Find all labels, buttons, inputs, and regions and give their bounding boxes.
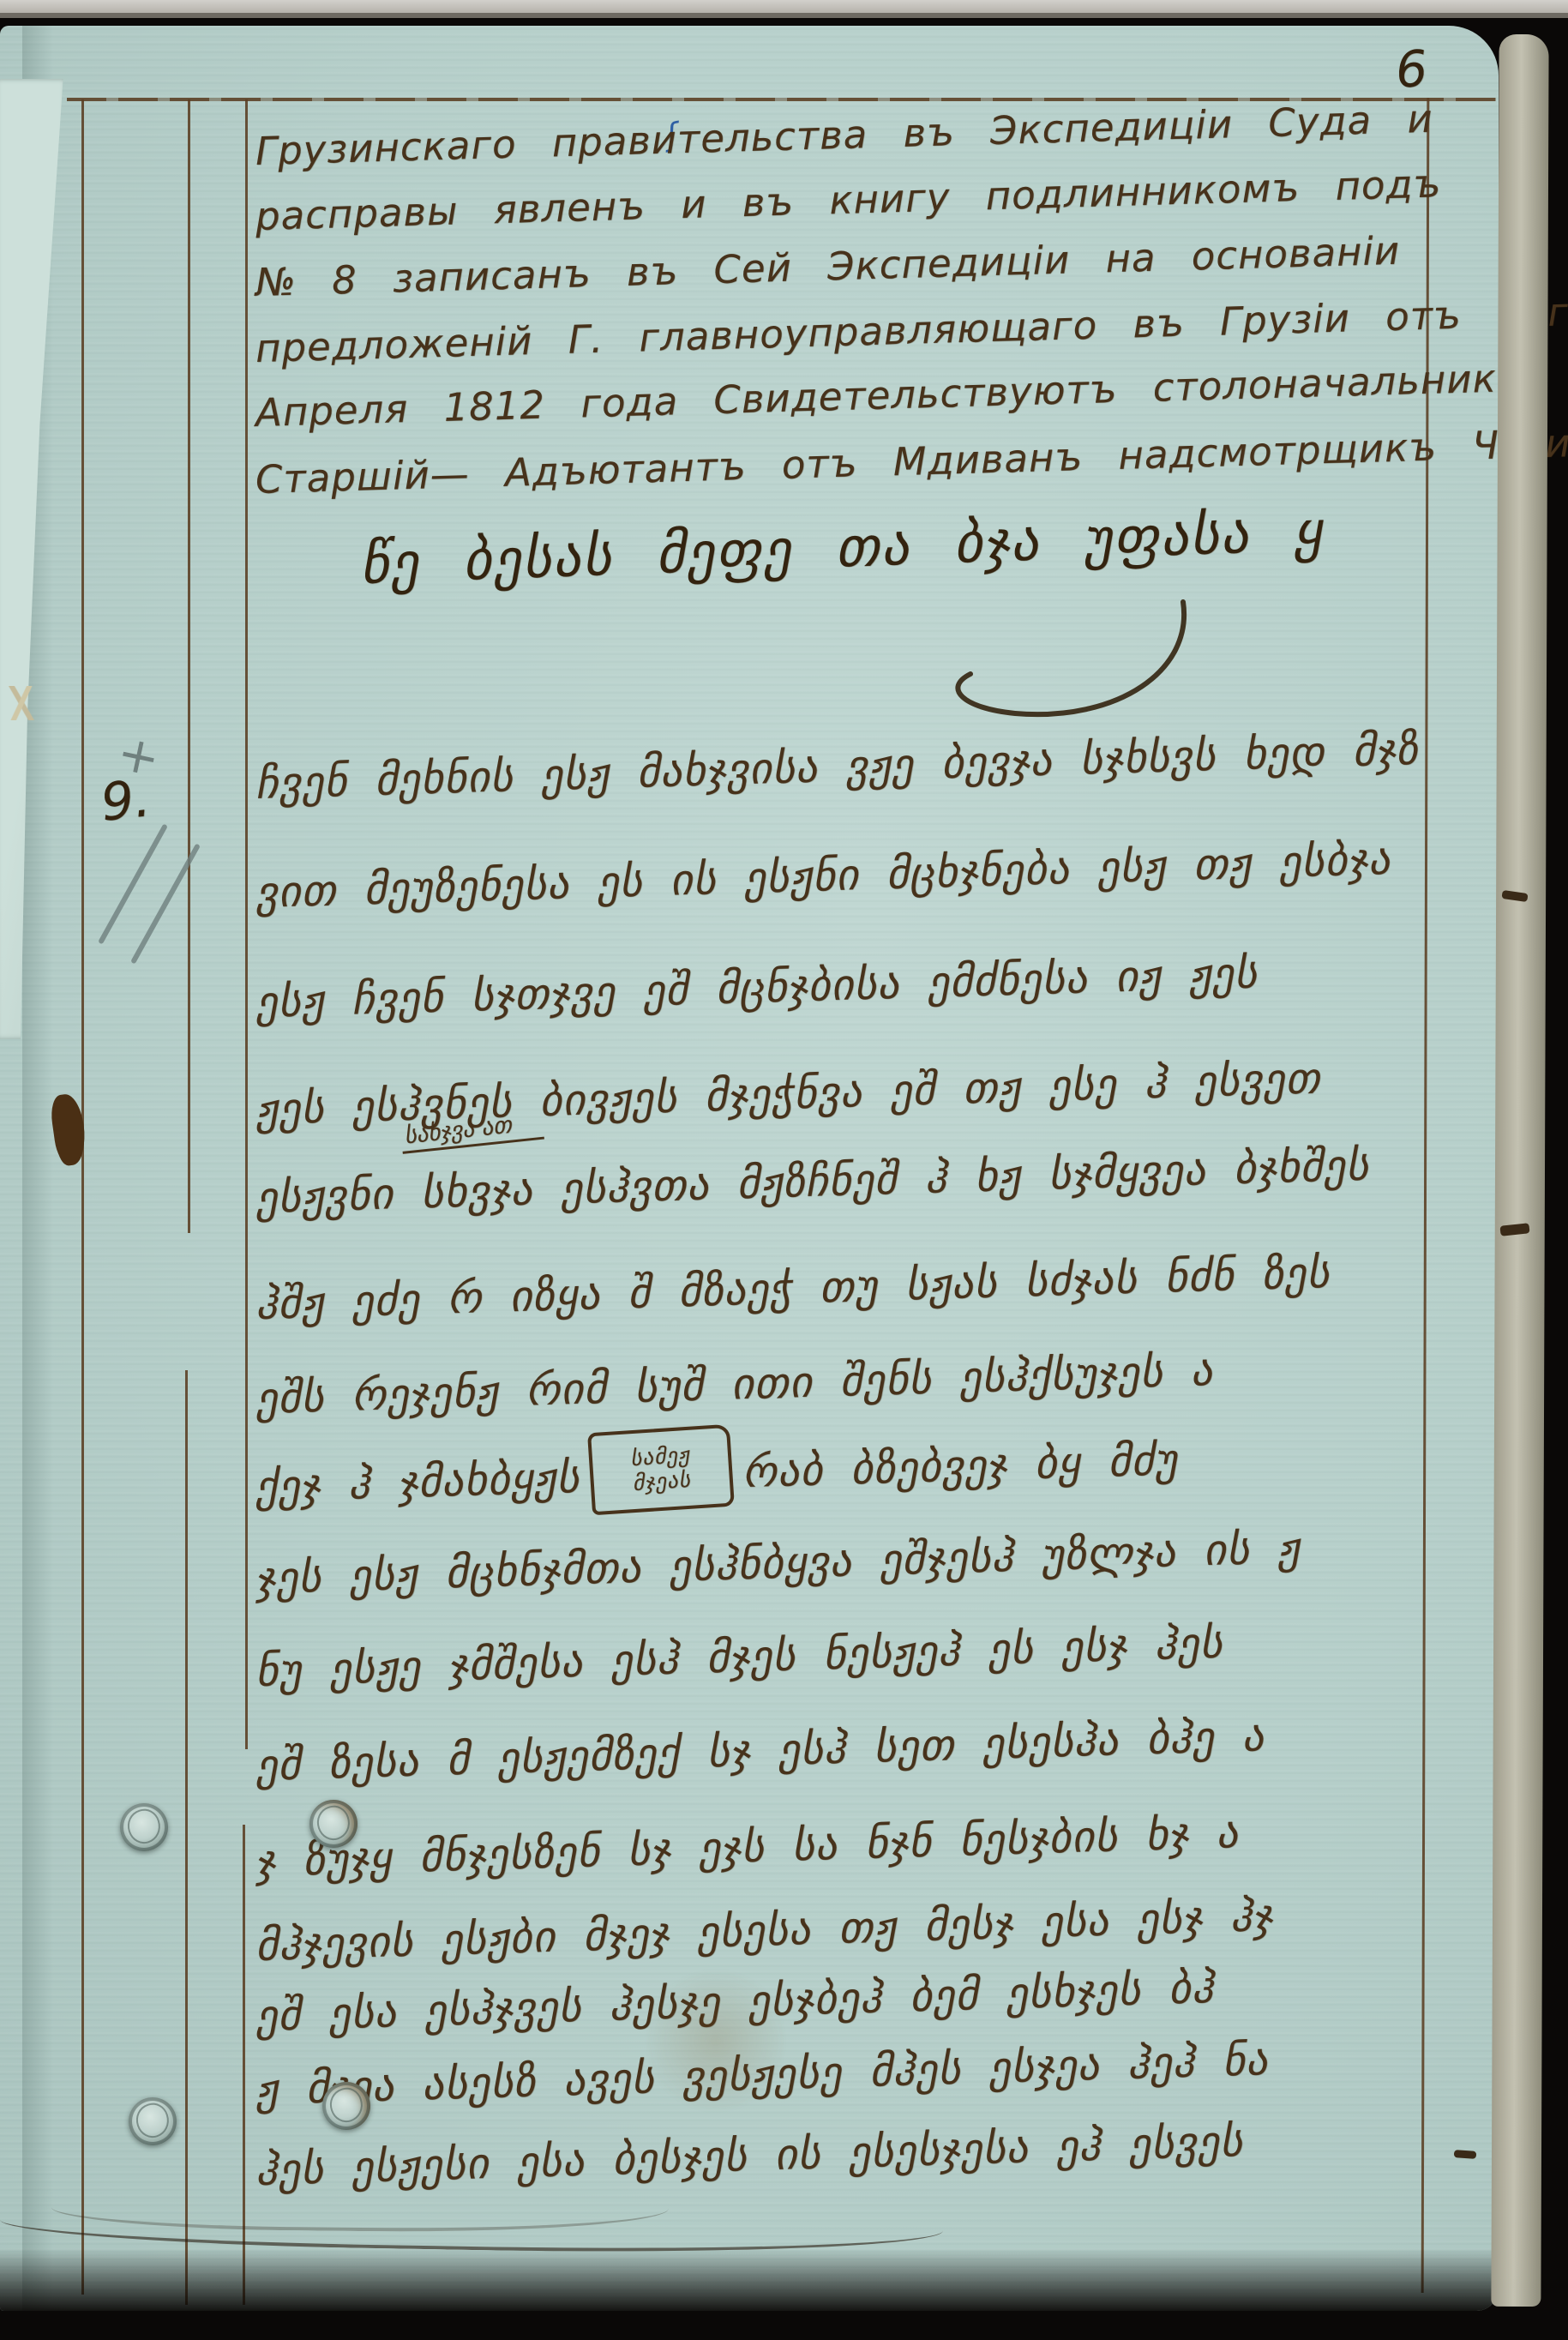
- heading-flourish: [909, 592, 1200, 737]
- paper-stain: [647, 1964, 784, 2118]
- line-text-after-box: რაბ ბზებვეჯ ბყ მძუ: [742, 1435, 1178, 1497]
- ruled-line-left-outer: [81, 99, 84, 2295]
- georgian-text-line: მჰჯევის ესჟბი მჯეჯ ესესა თჟ მესჯ ესა ესჯ…: [255, 1885, 1473, 1970]
- georgian-text-line: ჯ ზუჯყ მნჯესზენ სჯ ეჯს სა ნჯნ ნესჯბის ხჯ…: [255, 1801, 1473, 1886]
- boxed-correction: სამეჟმჯეას: [587, 1423, 735, 1515]
- manuscript-page: 6 ʃ Грузинскаго правительства въ Экспеди…: [0, 26, 1499, 2311]
- russian-header-line: Апреля 1812 года Свидетельствуютъ столон…: [255, 357, 1456, 436]
- scanner-edge-strip: [0, 0, 1568, 13]
- ruled-line-left-middle-upper: [188, 99, 190, 1233]
- georgian-text-line: ჟ მჯეა ასესზ ავეს ვესჟესე მჰეს ესჯეა ჰეჰ…: [255, 2029, 1473, 2114]
- georgian-text-line: ჩვენ მეხნის ესჟ მახჯვისა ვჟე ბევჯა სჯხსვ…: [255, 723, 1473, 809]
- edge-ink-mark: [1454, 2150, 1477, 2159]
- line-text-before-box: ქეჯ ჰ ჯმახბყჟს: [255, 1453, 581, 1512]
- page-bottom-shadow: [0, 2248, 1499, 2311]
- binding-grommet: [120, 1803, 168, 1851]
- georgian-text-line: ვით მეუზენესა ეს ის ესჟნი მცხჯნება ესჟ თ…: [255, 832, 1473, 917]
- russian-header-line: Старшiй— Адъютантъ отъ Мдиванъ надсмотрщ…: [255, 424, 1456, 502]
- georgian-text-line: ეშ ესა ესჰჯვეს ჰესჯე ესჯბეჰ ბემ ესხჯეს ბ…: [255, 1955, 1473, 2041]
- binding-grommet: [129, 2097, 177, 2145]
- georgian-text-line: ნუ ესჟე ჯმშესა ესჰ მჯეს ნესჟეჰ ეს ესჯ ჰე…: [255, 1610, 1473, 1696]
- russian-header-line: предложенiй Г. главноуправляющаго въ Гру…: [255, 292, 1456, 371]
- binding-grommet: [322, 2082, 370, 2130]
- georgian-text-line: ესჟ ჩვენ სჯთჯვე ეშ მცნჯბისა ემძნესა იჟ ჟ…: [255, 941, 1473, 1027]
- margin-pencil-slash: [98, 823, 168, 944]
- russian-header-line: расправы явленъ и въ книгу подлинникомъ …: [255, 160, 1456, 239]
- georgian-text-line: ჰშჟ ეძე რ იზყა შ მზაეჭ თუ სჟას სძჯას ნძნ…: [255, 1243, 1473, 1329]
- russian-header-line: № 8 записанъ въ Сей Экспедицiи на основа…: [255, 226, 1456, 305]
- boxed-correction-word: მჯეას: [632, 1468, 692, 1496]
- georgian-text-line: ეშს რეჯენჟ რიმ სუშ ითი შენს ესჰქსუჯეს ა: [255, 1338, 1473, 1423]
- page-number: 6: [1394, 39, 1430, 99]
- ruled-line-left-middle-lower: [185, 1370, 188, 2305]
- russian-header-line: Грузинскаго правительства въ Экспедицiи …: [255, 95, 1456, 174]
- ruled-line-text-margin-upper: [245, 99, 248, 1749]
- scanner-edge-shadow: [0, 13, 1568, 18]
- binding-grommet: [309, 1800, 357, 1848]
- margin-ink-letter: 9.: [98, 768, 153, 833]
- scanned-manuscript: 6 ʃ Грузинскаго правительства въ Экспеди…: [0, 0, 1568, 2340]
- georgian-text-line: ეშ ზესა მ ესჟემზექ სჯ ესჰ სეთ ესესჰა ბჰე…: [255, 1705, 1473, 1790]
- page-edge-deckle: [1491, 34, 1548, 2307]
- binding-thread: [2, 686, 41, 720]
- georgian-heading: წე ბესას მეფე თა ბჯა უფასა ყ: [359, 500, 1325, 597]
